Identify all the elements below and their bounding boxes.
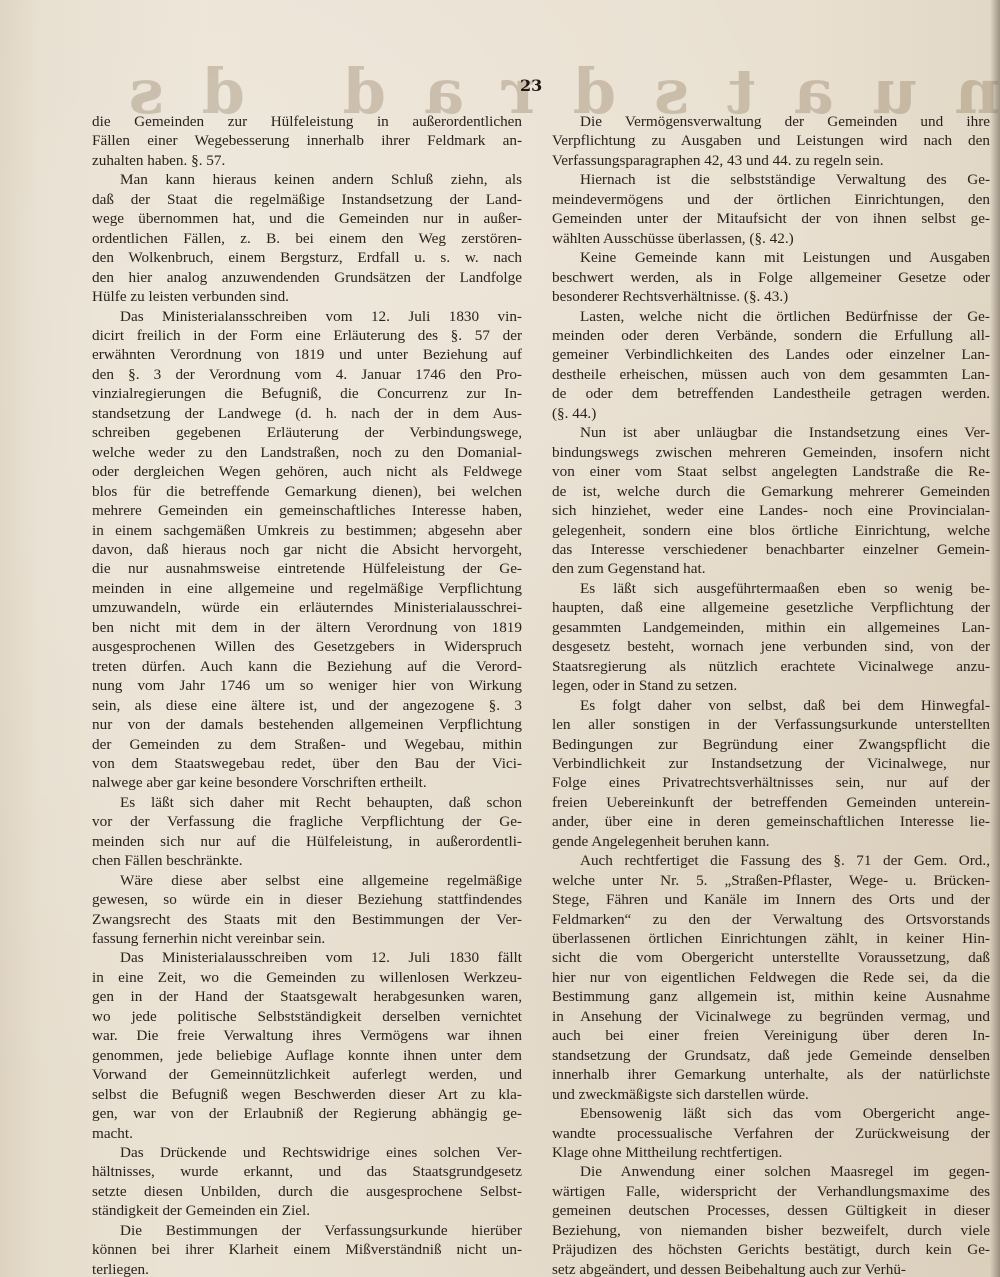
text-line: len aller sonstigen in der Verfassungsur… [552, 715, 990, 734]
text-line: die nur ausnahmsweise eintretende Hülfel… [92, 559, 522, 578]
paragraph: Nun ist aber unläugbar die Instandsetzun… [552, 423, 990, 579]
text-line: treten dürfen. Auch kann die Beziehung a… [92, 657, 522, 676]
text-line: gemeiner Verbindlichkeiten des Landes od… [552, 345, 990, 364]
text-line: beschwert werden, als in Folge allgemein… [552, 268, 990, 287]
text-line: Verpflichtung zu Ausgaben und Leistungen… [552, 131, 990, 150]
text-line: ordentlichen Fällen, z. B. bei einem den… [92, 229, 522, 248]
text-line: ander, über eine in deren gemeinschaftli… [552, 812, 990, 831]
paragraph: Hiernach ist die selbstständige Verwaltu… [552, 170, 990, 248]
text-line: vor der Verfassung die fragliche Verpfli… [92, 812, 522, 831]
text-line: welche weder zu den Landstraßen, noch zu… [92, 443, 522, 462]
text-line: innerhalb ihrer Gemarkung unterhalte, al… [552, 1065, 990, 1084]
text-line: den hier analog anzuwendenden Grundsätze… [92, 268, 522, 287]
text-line: Klage ohne Mittheilung rechtfertigen. [552, 1143, 990, 1162]
text-line: Ebensowenig läßt sich das vom Obergerich… [552, 1104, 990, 1123]
text-line: de oder dem betreffenden Landestheile ge… [552, 384, 990, 403]
paragraph: Keine Gemeinde kann mit Leistungen und A… [552, 248, 990, 306]
text-line: besonderer Rechtsverhältnisse. (§. 43.) [552, 287, 990, 306]
text-line: von dem Staatswegebau redet, über den Ba… [92, 754, 522, 773]
paragraph: Das Ministerialausschreiben vom 12. Juli… [92, 948, 522, 1143]
paragraph: Es läßt sich daher mit Recht behaupten, … [92, 793, 522, 871]
text-line: gen in der Hand der Staatsgewalt herabge… [92, 987, 522, 1006]
text-line: welche unter Nr. 5. „Straßen-Pflaster, W… [552, 871, 990, 890]
paragraph: die Gemeinden zur Hülfeleistung in außer… [92, 112, 522, 170]
text-line: Das Drückende und Rechtswidrige eines so… [92, 1143, 522, 1162]
text-line: sicht die vom Obergericht unterstellte V… [552, 948, 990, 967]
text-line: wählten Ausschüsse überlassen, (§. 42.) [552, 229, 990, 248]
text-line: davon, daß hieraus noch gar nicht die Ab… [92, 540, 522, 559]
text-line: dicirt freilich in der Form eine Erläute… [92, 326, 522, 345]
text-line: chen Fällen beschränkte. [92, 851, 522, 870]
text-line: bindungswegs zwischen mehreren Gemeinden… [552, 443, 990, 462]
text-line: Fällen einer Wegebesserung innerhalb ihr… [92, 131, 522, 150]
paragraph: Es folgt daher von selbst, daß bei dem H… [552, 696, 990, 852]
text-line: Verfassungsparagraphen 42, 43 und 44. zu… [552, 151, 990, 170]
text-line: daß der Staat die regelmäßige Instandset… [92, 190, 522, 209]
text-line: de ist, welche durch die Gemarkung mehre… [552, 482, 990, 501]
text-line: auch bei einer freien Vereinigung über d… [552, 1026, 990, 1045]
text-line: sich hinziehet, weder eine Landes- noch … [552, 501, 990, 520]
paragraph: Es läßt sich ausgeführtermaaßen eben so … [552, 579, 990, 696]
text-line: den zum Gegenstand hat. [552, 559, 990, 578]
text-line: standsetzung der Landwege (d. h. nach de… [92, 404, 522, 423]
text-line: mehrere Gemeinden ein gemeinschaftliches… [92, 501, 522, 520]
text-line: den Wolkenbruch, einem Bergsturz, Erdfal… [92, 248, 522, 267]
text-line: Verbindlichkeit zur Instandsetzung der V… [552, 754, 990, 773]
text-line: in einem sachgemäßen Umkreis zu bestimme… [92, 521, 522, 540]
text-line: gesammten Landgemeinden, mithin ein allg… [552, 618, 990, 637]
text-line: von einer vom Staat selbst angelegten La… [552, 462, 990, 481]
text-line: freien Uebereinkunft der betreffenden Ge… [552, 793, 990, 812]
text-line: in Ansehung der Vicinalwege zu begründen… [552, 1007, 990, 1026]
paragraph: Man kann hieraus keinen andern Schluß zi… [92, 170, 522, 306]
text-line: haupten, daß eine allgemeine gesetzliche… [552, 598, 990, 617]
text-line: Die Bestimmungen der Verfassungsurkunde … [92, 1221, 522, 1240]
page-number: 23 [520, 76, 542, 95]
text-line: Wäre diese aber selbst eine allgemeine r… [92, 871, 522, 890]
text-line: ständigkeit der Gemeinden ein Ziel. [92, 1201, 522, 1220]
text-line: gen, war von der Erlaubniß der Regierung… [92, 1104, 522, 1123]
text-line: meinden oder deren Verbände, sondern die… [552, 326, 990, 345]
paragraph: Wäre diese aber selbst eine allgemeine r… [92, 871, 522, 949]
text-line: desgesetz besteht, wornach jene verbunde… [552, 637, 990, 656]
text-line: genommen, jede beliebige Auflage konnte … [92, 1046, 522, 1065]
text-line: erwähnten Verordnung von 1819 und unter … [92, 345, 522, 364]
text-line: Hiernach ist die selbstständige Verwaltu… [552, 170, 990, 189]
paragraph: Die Vermögensverwaltung der Gemeinden un… [552, 112, 990, 170]
text-line: können bei ihrer Klarheit einem Mißverst… [92, 1240, 522, 1259]
text-line: Auch rechtfertiget die Fassung des §. 71… [552, 851, 990, 870]
paragraph: Lasten, welche nicht die örtlichen Bedür… [552, 307, 990, 424]
text-line: Die Anwendung einer solchen Maasregel im… [552, 1162, 990, 1181]
text-line: terliegen. [92, 1260, 522, 1277]
text-line: in eine Zeit, wo die Gemeinden zu willen… [92, 968, 522, 987]
text-line: gelegenheit, sondern eine blos örtliche … [552, 521, 990, 540]
text-line: Präjudizen des höchsten Gerichts bestäti… [552, 1240, 990, 1259]
text-line: macht. [92, 1124, 522, 1143]
text-line: Folge eines Privatrechtsverhältnisses se… [552, 773, 990, 792]
text-line: vinzialregierungen die Befugniß, die Con… [92, 384, 522, 403]
text-line: selbst die Befugniß wegen Beschwerden di… [92, 1085, 522, 1104]
paragraph: Auch rechtfertiget die Fassung des §. 71… [552, 851, 990, 1104]
text-line: Nun ist aber unläugbar die Instandsetzun… [552, 423, 990, 442]
text-line: wege übernommen hat, und die Gemeinden n… [92, 209, 522, 228]
text-line: gewesen, so würde ein in dieser Beziehun… [92, 890, 522, 909]
text-line: Es folgt daher von selbst, daß bei dem H… [552, 696, 990, 715]
scanned-page: nuatsdrad dseff rad 23 die Gemeinden zur… [0, 0, 1000, 1277]
paragraph: Die Bestimmungen der Verfassungsurkunde … [92, 1221, 522, 1277]
text-line: meindevermögens und der örtlichen Einric… [552, 190, 990, 209]
text-line: setzte diesen Unbilden, durch die ausges… [92, 1182, 522, 1201]
text-line: umzuwandeln, würde ein erläuterndes Mini… [92, 598, 522, 617]
text-line: Beziehung, von niemanden bisher bezweife… [552, 1221, 990, 1240]
text-line: nalwege aber gar keine besondere Vorschr… [92, 773, 522, 792]
text-line: Keine Gemeinde kann mit Leistungen und A… [552, 248, 990, 267]
left-column: die Gemeinden zur Hülfeleistung in außer… [92, 112, 522, 1277]
text-line: Vorwand der Gemeinnützlichkeit auferlegt… [92, 1065, 522, 1084]
text-line: Feldmarken“ zu den der Verwaltung des Or… [552, 910, 990, 929]
paragraph: Das Ministerialansschreiben vom 12. Juli… [92, 307, 522, 793]
text-line: Lasten, welche nicht die örtlichen Bedür… [552, 307, 990, 326]
text-line: Hülfe zu leisten verbunden sind. [92, 287, 522, 306]
text-line: Gemeinden unter der Mitaufsicht der von … [552, 209, 990, 228]
text-line: nur von der damals bestehenden allgemein… [92, 715, 522, 734]
text-line: Zwangsrecht des Staats mit den Bestimmun… [92, 910, 522, 929]
paragraph: Ebensowenig läßt sich das vom Obergerich… [552, 1104, 990, 1162]
text-line: Staatsregierung als nützlich erachtete V… [552, 657, 990, 676]
text-line: der Gemeinden zu dem Straßen- und Wegeba… [92, 735, 522, 754]
text-line: standsetzung der Grundsatz, daß jede Gem… [552, 1046, 990, 1065]
text-line: destheile erheischen, müssen auch von de… [552, 365, 990, 384]
text-line: wärtigen Falle, widerspricht der Verhand… [552, 1182, 990, 1201]
text-line: wandte processualische Verfahren der Zur… [552, 1124, 990, 1143]
text-line: schreiben gegebenen Erläuterung der Verb… [92, 423, 522, 442]
text-line: war. Die freie Verwaltung ihres Vermögen… [92, 1026, 522, 1045]
text-line: Bestimmung ganz allgemein ist, mithin ke… [552, 987, 990, 1006]
text-line: Die Vermögensverwaltung der Gemeinden un… [552, 112, 990, 131]
text-line: die Gemeinden zur Hülfeleistung in außer… [92, 112, 522, 131]
text-line: gemeinen deutschen Processes, dessen Gül… [552, 1201, 990, 1220]
text-line: hier nur von eigentlichen Feldwegen die … [552, 968, 990, 987]
text-line: ausgesprochenen Willen des Gesetzgebers … [92, 637, 522, 656]
text-line: Stege, Fähren und Kanäle im Innern des O… [552, 890, 990, 909]
text-line: blos für die betreffende Gemarkung diene… [92, 482, 522, 501]
text-line: hältnisses, wurde erkannt, und das Staat… [92, 1162, 522, 1181]
text-line: das Interesse verschiedener benachbarter… [552, 540, 990, 559]
text-line: den §. 3 der Verordnung vom 4. Januar 17… [92, 365, 522, 384]
text-line: Es läßt sich daher mit Recht behaupten, … [92, 793, 522, 812]
text-line: zuhalten haben. §. 57. [92, 151, 522, 170]
text-line: überlassenen örtlichen Einrichtungen zäh… [552, 929, 990, 948]
text-line: legen, oder in Stand zu setzen. [552, 676, 990, 695]
paragraph: Das Drückende und Rechtswidrige eines so… [92, 1143, 522, 1221]
text-line: Bedingungen zur Begründung einer Zwangsp… [552, 735, 990, 754]
text-line: Das Ministerialausschreiben vom 12. Juli… [92, 948, 522, 967]
text-line: (§. 44.) [552, 404, 990, 423]
text-line: nung vom Jahr 1746 um so weniger hier vo… [92, 676, 522, 695]
text-line: meinden sich nur auf die Hülfeleistung, … [92, 832, 522, 851]
text-line: ben nicht mit dem in der ältern Verordnu… [92, 618, 522, 637]
text-line: meinden in eine allgemeine und regelmäßi… [92, 579, 522, 598]
text-line: Es läßt sich ausgeführtermaaßen eben so … [552, 579, 990, 598]
text-line: Man kann hieraus keinen andern Schluß zi… [92, 170, 522, 189]
text-line: und zweckmäßigste sich darstellen würde. [552, 1085, 990, 1104]
text-line: fassung fernerhin nicht vereinbar sein. [92, 929, 522, 948]
text-line: sein, als diese eine ältere ist, und der… [92, 696, 522, 715]
text-line: gende Angelegenheit beruhen kann. [552, 832, 990, 851]
text-line: wo jede politische Selbstständigkeit der… [92, 1007, 522, 1026]
text-line: setz abgeändert, und dessen Beibehaltung… [552, 1260, 990, 1277]
right-column: Die Vermögensverwaltung der Gemeinden un… [552, 112, 990, 1277]
paragraph: Die Anwendung einer solchen Maasregel im… [552, 1162, 990, 1277]
text-line: oder dergleichen Wegen gehören, auch nic… [92, 462, 522, 481]
text-line: Das Ministerialansschreiben vom 12. Juli… [92, 307, 522, 326]
